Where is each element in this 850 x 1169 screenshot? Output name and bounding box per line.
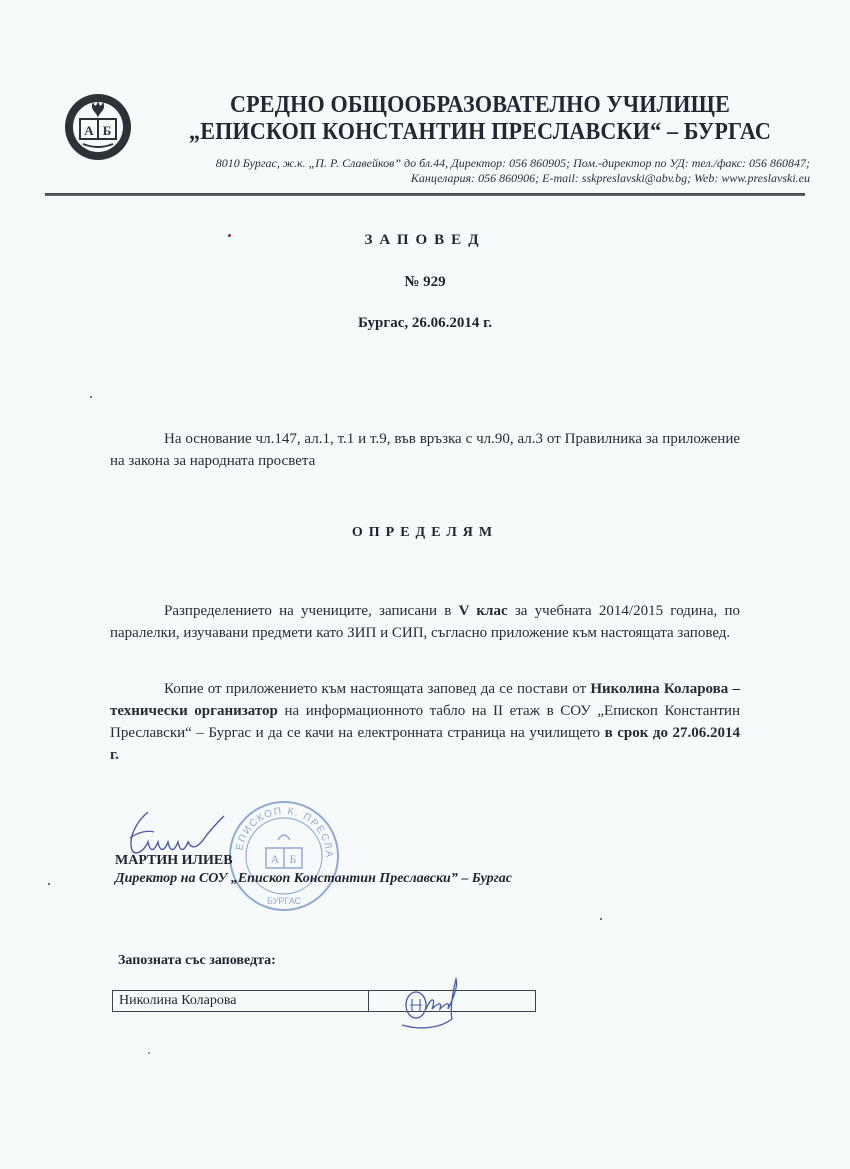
- order-paragraph-2: Копие от приложението към настоящата зап…: [110, 678, 740, 766]
- class-emphasis: V клас: [459, 603, 508, 619]
- signer-role: Директор на СОУ „Епископ Константин Прес…: [115, 870, 512, 888]
- order-paragraph-1: Разпределението на учениците, записани в…: [110, 600, 740, 644]
- section-title: ОПРЕДЕЛЯМ: [0, 525, 850, 541]
- scan-speck: [90, 396, 92, 398]
- school-name-line1: СРЕДНО ОБЩООБРАЗОВАТЕЛНО УЧИЛИЩЕ: [176, 92, 783, 119]
- svg-text:ЕПИСКОП К. ПРЕСЛАВСКИ: ЕПИСКОП К. ПРЕСЛАВСКИ: [228, 800, 334, 859]
- school-name-line2: „ЕПИСКОП КОНСТАНТИН ПРЕСЛАВСКИ“ – БУРГАС: [176, 119, 783, 146]
- document-title: ЗАПОВЕД: [0, 232, 850, 249]
- acknowledgement-name: Николина Коларова: [113, 991, 369, 1011]
- acknowledgement-signature-icon: [392, 975, 472, 1035]
- svg-text:Б: Б: [103, 123, 112, 138]
- scan-speck: [600, 918, 602, 920]
- text: Разпределението на учениците, записани в: [164, 603, 459, 619]
- contacts-line2: Канцелария: 056 860906; E-mail: sskpresl…: [60, 171, 810, 186]
- basis-paragraph: На основание чл.147, ал.1, т.1 и т.9, въ…: [110, 428, 740, 472]
- document-number: № 929: [0, 274, 850, 291]
- school-emblem-icon: А Б: [63, 92, 133, 162]
- signature-block: МАРТИН ИЛИЕВ Директор на СОУ „Епископ Ко…: [115, 852, 512, 888]
- text: Копие от приложението към настоящата зап…: [164, 681, 590, 697]
- acknowledgement-label: Запозната със заповедта:: [118, 953, 276, 969]
- contacts-line1: 8010 Бургас, ж.к. „П. Р. Славейков” до б…: [60, 156, 810, 171]
- acknowledgement-table: Николина Коларова: [112, 990, 536, 1012]
- signer-name: МАРТИН ИЛИЕВ: [115, 852, 512, 870]
- school-contacts: 8010 Бургас, ж.к. „П. Р. Славейков” до б…: [60, 156, 810, 186]
- svg-text:А: А: [84, 123, 94, 138]
- document-place-date: Бургас, 26.06.2014 г.: [0, 315, 850, 332]
- school-name: СРЕДНО ОБЩООБРАЗОВАТЕЛНО УЧИЛИЩЕ „ЕПИСКО…: [176, 92, 783, 146]
- document-page: А Б СРЕДНО ОБЩООБРАЗОВАТЕЛНО УЧИЛИЩЕ „ЕП…: [0, 0, 850, 1169]
- header-divider: [45, 193, 805, 196]
- svg-text:БУРГАС: БУРГАС: [267, 896, 301, 906]
- scan-speck: [48, 883, 50, 885]
- scan-speck: [148, 1052, 150, 1054]
- scan-speck: [228, 234, 231, 237]
